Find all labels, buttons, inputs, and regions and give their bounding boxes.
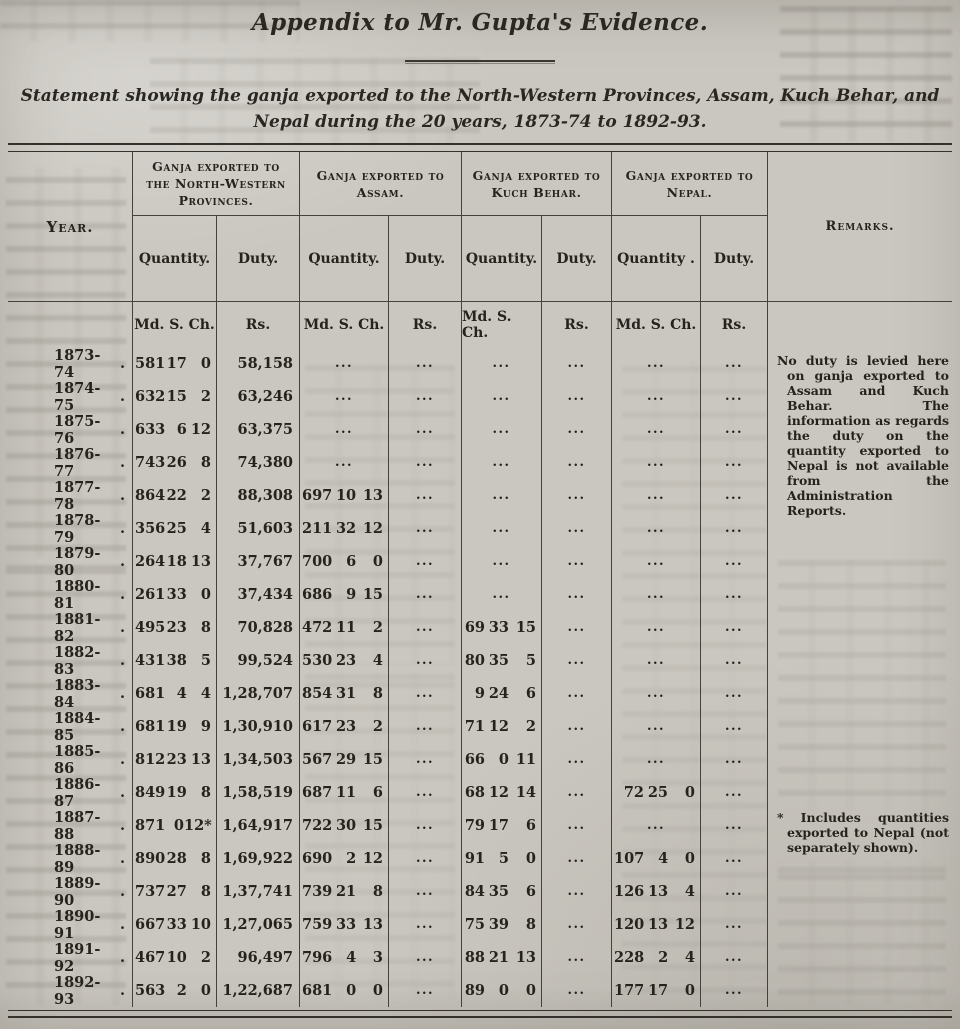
seers-value: 9: [332, 586, 356, 603]
seers-value: 38: [165, 652, 187, 669]
nwp-duty-cell: 1,64,917: [217, 809, 300, 842]
nepal-quantity-cell: 228 2 4: [612, 941, 701, 974]
nwp-quantity-units: Md. S. Ch.: [133, 302, 217, 347]
year-label: 1880-81: [54, 578, 120, 612]
assam-quantity-cell: ...: [300, 446, 389, 479]
nwp-quantity-cell: 743 26 8: [133, 446, 217, 479]
maunds-value: 356: [135, 520, 165, 537]
no-data-dots: ...: [542, 851, 611, 866]
chittacks-value: 15: [356, 586, 383, 603]
assam-quantity-cell: 567 29 15: [300, 743, 389, 776]
year-cell: 1891-92 .: [8, 941, 133, 974]
table-bottom-rule: [8, 1010, 952, 1018]
nepal-quantity-cell: ...: [612, 710, 701, 743]
seers-value: 12: [485, 784, 509, 801]
maunds-value: 84: [464, 883, 485, 900]
year-label: 1873-74: [54, 347, 120, 381]
assam-duty-cell: ...: [389, 974, 462, 1007]
no-data-dots: ...: [542, 818, 611, 833]
maunds-value: 228: [614, 949, 644, 966]
year-label: 1891-92: [54, 941, 120, 975]
kuch-behar-quantity-units: Md. S. Ch.: [462, 302, 542, 347]
kuch-behar-quantity-cell: 91 5 0: [462, 842, 542, 875]
nepal-quantity-cell: ...: [612, 677, 701, 710]
subtitle-line-2: Nepal during the 20 years, 1873-74 to 18…: [0, 109, 960, 135]
maunds-value: 687: [302, 784, 332, 801]
table-grid: Year. Ganja exported to the North-Wester…: [8, 152, 952, 1007]
no-data-dots: ...: [389, 719, 461, 734]
no-data-dots: ...: [389, 455, 461, 470]
seers-value: 33: [332, 916, 356, 933]
chittacks-value: 13: [509, 949, 536, 966]
seers-value: 21: [485, 949, 509, 966]
group-header-nepal: Ganja exported to Nepal.: [612, 152, 768, 216]
year-leader-dot: .: [120, 388, 125, 405]
maunds-value: 530: [302, 652, 332, 669]
maunds-value: 107: [614, 850, 644, 867]
kuch-behar-quantity-cell: 84 35 6: [462, 875, 542, 908]
kuch-behar-quantity-cell: ...: [462, 380, 542, 413]
maunds-value: 737: [135, 883, 165, 900]
remarks-column-header: Remarks.: [768, 152, 952, 302]
no-data-dots: ...: [612, 521, 700, 536]
duty-rupees-value: 37,767: [238, 553, 294, 570]
nwp-duty-cell: 1,58,519: [217, 776, 300, 809]
subtitle-line-1: Statement showing the ganja exported to …: [0, 83, 960, 109]
chittacks-value: 0: [668, 784, 695, 801]
kuch-behar-quantity-cell: 66 0 11: [462, 743, 542, 776]
chittacks-value: 5: [509, 652, 536, 669]
nepal-duty-cell: ...: [701, 578, 768, 611]
assam-quantity-cell: 472 11 2: [300, 611, 389, 644]
chittacks-value: 11: [509, 751, 536, 768]
chittacks-value: 2: [509, 718, 536, 735]
year-leader-dot: .: [120, 751, 125, 768]
chittacks-value: 6: [509, 685, 536, 702]
no-data-dots: ...: [542, 422, 611, 437]
maunds-value: 632: [135, 388, 165, 405]
no-data-dots: ...: [462, 521, 541, 536]
seers-value: 4: [332, 949, 356, 966]
no-data-dots: ...: [701, 488, 767, 503]
nepal-duty-cell: ...: [701, 941, 768, 974]
no-data-dots: ...: [701, 686, 767, 701]
no-data-dots: ...: [389, 983, 461, 998]
nepal-duty-header: Duty.: [701, 216, 768, 302]
assam-quantity-cell: 686 9 15: [300, 578, 389, 611]
nwp-quantity-cell: 633 6 12: [133, 413, 217, 446]
kuch-behar-duty-cell: ...: [542, 611, 612, 644]
seers-value: 17: [485, 817, 509, 834]
assam-quantity-cell: 759 33 13: [300, 908, 389, 941]
no-data-dots: ...: [612, 818, 700, 833]
kuch-behar-duty-cell: ...: [542, 446, 612, 479]
chittacks-value: 13: [356, 916, 383, 933]
assam-duty-cell: ...: [389, 380, 462, 413]
duty-rupees-value: 74,380: [238, 454, 294, 471]
seers-value: 2: [332, 850, 356, 867]
assam-quantity-cell: 617 23 2: [300, 710, 389, 743]
no-data-dots: ...: [701, 983, 767, 998]
seers-value: 19: [165, 718, 187, 735]
chittacks-value: 4: [668, 883, 695, 900]
kuch-behar-duty-cell: ...: [542, 710, 612, 743]
remarks-note-no-duty: No duty is levied here on ganja exported…: [777, 353, 949, 518]
nepal-quantity-cell: ...: [612, 446, 701, 479]
nwp-quantity-cell: 495 23 8: [133, 611, 217, 644]
seers-value: 35: [485, 883, 509, 900]
kuch-behar-quantity-header: Quantity.: [462, 216, 542, 302]
chittacks-value: 8: [187, 784, 211, 801]
nwp-duty-cell: 1,37,741: [217, 875, 300, 908]
assam-quantity-cell: 681 0 0: [300, 974, 389, 1007]
no-data-dots: ...: [701, 620, 767, 635]
no-data-dots: ...: [612, 686, 700, 701]
chittacks-value: 12*: [184, 817, 211, 834]
maunds-value: 91: [464, 850, 485, 867]
chittacks-value: 12: [668, 916, 695, 933]
no-data-dots: ...: [701, 389, 767, 404]
no-data-dots: ...: [542, 488, 611, 503]
year-label: 1875-76: [54, 413, 120, 447]
kuch-behar-duty-units: Rs.: [542, 302, 612, 347]
no-data-dots: ...: [542, 356, 611, 371]
assam-duty-cell: ...: [389, 710, 462, 743]
no-data-dots: ...: [462, 488, 541, 503]
nepal-duty-cell: ...: [701, 710, 768, 743]
no-data-dots: ...: [389, 884, 461, 899]
no-data-dots: ...: [542, 620, 611, 635]
year-units-spacer: [8, 302, 133, 347]
maunds-value: 700: [302, 553, 332, 570]
seers-value: 2: [644, 949, 668, 966]
chittacks-value: 0: [668, 982, 695, 999]
maunds-value: 79: [464, 817, 485, 834]
no-data-dots: ...: [300, 422, 388, 437]
nwp-quantity-cell: 581 17 0: [133, 347, 217, 380]
assam-quantity-cell: 690 2 12: [300, 842, 389, 875]
seers-value: 35: [485, 652, 509, 669]
seers-value: 12: [485, 718, 509, 735]
no-data-dots: ...: [542, 719, 611, 734]
seers-value: 23: [332, 652, 356, 669]
nwp-quantity-cell: 849 19 8: [133, 776, 217, 809]
chittacks-value: 0: [187, 982, 211, 999]
nwp-duty-cell: 70,828: [217, 611, 300, 644]
year-leader-dot: .: [120, 850, 125, 867]
chittacks-value: 0: [356, 553, 383, 570]
nwp-quantity-cell: 812 23 13: [133, 743, 217, 776]
year-label: 1884-85: [54, 710, 120, 744]
seers-value: 11: [332, 784, 356, 801]
seers-value: 2: [165, 982, 187, 999]
seers-value: 32: [332, 520, 356, 537]
no-data-dots: ...: [389, 653, 461, 668]
year-label: 1890-91: [54, 908, 120, 942]
kuch-behar-quantity-cell: 75 39 8: [462, 908, 542, 941]
year-label: 1882-83: [54, 644, 120, 678]
seers-value: 33: [165, 916, 187, 933]
kuch-behar-duty-cell: ...: [542, 908, 612, 941]
nepal-duty-cell: ...: [701, 413, 768, 446]
kuch-behar-quantity-cell: 69 33 15: [462, 611, 542, 644]
no-data-dots: ...: [389, 686, 461, 701]
maunds-value: 743: [135, 454, 165, 471]
assam-duty-cell: ...: [389, 743, 462, 776]
no-data-dots: ...: [701, 554, 767, 569]
maunds-value: 71: [464, 718, 485, 735]
maunds-value: 75: [464, 916, 485, 933]
chittacks-value: 13: [187, 751, 211, 768]
maunds-value: 563: [135, 982, 165, 999]
year-leader-dot: .: [120, 718, 125, 735]
chittacks-value: 10: [187, 916, 211, 933]
maunds-value: 739: [302, 883, 332, 900]
no-data-dots: ...: [701, 587, 767, 602]
assam-duty-cell: ...: [389, 908, 462, 941]
no-data-dots: ...: [389, 818, 461, 833]
no-data-dots: ...: [612, 455, 700, 470]
chittacks-value: 15: [356, 751, 383, 768]
assam-duty-cell: ...: [389, 842, 462, 875]
kuch-behar-duty-cell: ...: [542, 512, 612, 545]
group-header-north-western-provinces: Ganja exported to the North-Western Prov…: [133, 152, 300, 216]
maunds-value: 812: [135, 751, 165, 768]
nwp-quantity-cell: 264 18 13: [133, 545, 217, 578]
kuch-behar-duty-cell: ...: [542, 479, 612, 512]
nepal-quantity-cell: ...: [612, 743, 701, 776]
maunds-value: 72: [614, 784, 644, 801]
nepal-quantity-cell: ...: [612, 512, 701, 545]
nepal-quantity-cell: ...: [612, 545, 701, 578]
maunds-value: 667: [135, 916, 165, 933]
seers-value: 17: [644, 982, 668, 999]
nwp-quantity-cell: 681 4 4: [133, 677, 217, 710]
no-data-dots: ...: [542, 587, 611, 602]
no-data-dots: ...: [612, 389, 700, 404]
no-data-dots: ...: [701, 785, 767, 800]
kuch-behar-duty-cell: ...: [542, 380, 612, 413]
assam-quantity-header: Quantity.: [300, 216, 389, 302]
year-cell: 1890-91 .: [8, 908, 133, 941]
no-data-dots: ...: [701, 884, 767, 899]
kuch-behar-duty-cell: ...: [542, 875, 612, 908]
nepal-duty-cell: ...: [701, 842, 768, 875]
nepal-duty-cell: ...: [701, 974, 768, 1007]
kuch-behar-duty-cell: ...: [542, 677, 612, 710]
nepal-quantity-header: Quantity .: [612, 216, 701, 302]
duty-rupees-value: 51,603: [238, 520, 294, 537]
seers-value: 10: [332, 487, 356, 504]
nepal-quantity-cell: 120 13 12: [612, 908, 701, 941]
no-data-dots: ...: [542, 686, 611, 701]
year-leader-dot: .: [120, 553, 125, 570]
seers-value: 31: [332, 685, 356, 702]
kuch-behar-duty-cell: ...: [542, 743, 612, 776]
maunds-value: 261: [135, 586, 165, 603]
no-data-dots: ...: [701, 818, 767, 833]
year-leader-dot: .: [120, 586, 125, 603]
seers-value: 39: [485, 916, 509, 933]
chittacks-value: 4: [668, 949, 695, 966]
duty-rupees-value: 96,497: [238, 949, 294, 966]
assam-quantity-units: Md. S. Ch.: [300, 302, 389, 347]
nwp-duty-cell: 37,434: [217, 578, 300, 611]
duty-rupees-value: 1,30,910: [222, 718, 293, 735]
maunds-value: 633: [135, 421, 165, 438]
assam-duty-cell: ...: [389, 677, 462, 710]
maunds-value: 211: [302, 520, 332, 537]
seers-value: 27: [165, 883, 187, 900]
maunds-value: 9: [464, 685, 485, 702]
no-data-dots: ...: [389, 851, 461, 866]
chittacks-value: 0: [187, 586, 211, 603]
duty-rupees-value: 63,375: [238, 421, 294, 438]
chittacks-value: 13: [187, 553, 211, 570]
maunds-value: 681: [302, 982, 332, 999]
chittacks-value: 0: [668, 850, 695, 867]
no-data-dots: ...: [542, 455, 611, 470]
no-data-dots: ...: [701, 422, 767, 437]
chittacks-value: 3: [356, 949, 383, 966]
kuch-behar-duty-cell: ...: [542, 644, 612, 677]
title-divider: [405, 60, 555, 64]
maunds-value: 617: [302, 718, 332, 735]
no-data-dots: ...: [612, 422, 700, 437]
chittacks-value: 13: [356, 487, 383, 504]
nwp-quantity-cell: 890 28 8: [133, 842, 217, 875]
duty-rupees-value: 1,58,519: [222, 784, 293, 801]
kuch-behar-duty-cell: ...: [542, 842, 612, 875]
no-data-dots: ...: [701, 653, 767, 668]
year-cell: 1878-79 .: [8, 512, 133, 545]
chittacks-value: 2: [187, 949, 211, 966]
kuch-behar-quantity-cell: ...: [462, 578, 542, 611]
nwp-duty-cell: 37,767: [217, 545, 300, 578]
no-data-dots: ...: [612, 587, 700, 602]
no-data-dots: ...: [462, 587, 541, 602]
no-data-dots: ...: [462, 356, 541, 371]
maunds-value: 681: [135, 718, 165, 735]
no-data-dots: ...: [542, 554, 611, 569]
seers-value: 10: [165, 949, 187, 966]
nwp-quantity-cell: 356 25 4: [133, 512, 217, 545]
nwp-quantity-header: Quantity.: [133, 216, 217, 302]
maunds-value: 126: [614, 883, 644, 900]
no-data-dots: ...: [612, 719, 700, 734]
maunds-value: 120: [614, 916, 644, 933]
no-data-dots: ...: [701, 719, 767, 734]
nwp-duty-cell: 96,497: [217, 941, 300, 974]
kuch-behar-duty-cell: ...: [542, 545, 612, 578]
maunds-value: 177: [614, 982, 644, 999]
kuch-behar-quantity-cell: 89 0 0: [462, 974, 542, 1007]
assam-duty-cell: ...: [389, 545, 462, 578]
no-data-dots: ...: [612, 653, 700, 668]
assam-duty-cell: ...: [389, 644, 462, 677]
chittacks-value: 2: [356, 619, 383, 636]
assam-quantity-cell: 722 30 15: [300, 809, 389, 842]
year-cell: 1888-89 .: [8, 842, 133, 875]
no-data-dots: ...: [701, 455, 767, 470]
nepal-duty-cell: ...: [701, 545, 768, 578]
assam-duty-cell: ...: [389, 875, 462, 908]
page-title: Appendix to Mr. Gupta's Evidence.: [0, 9, 960, 36]
table-top-rule: [8, 143, 952, 152]
no-data-dots: ...: [542, 653, 611, 668]
chittacks-value: 14: [509, 784, 536, 801]
chittacks-value: 12: [187, 421, 211, 438]
year-leader-dot: .: [120, 784, 125, 801]
year-label: 1876-77: [54, 446, 120, 480]
seers-value: 33: [485, 619, 509, 636]
no-data-dots: ...: [542, 521, 611, 536]
no-data-dots: ...: [542, 983, 611, 998]
no-data-dots: ...: [462, 554, 541, 569]
nepal-quantity-units: Md. S. Ch.: [612, 302, 701, 347]
kuch-behar-quantity-cell: ...: [462, 413, 542, 446]
chittacks-value: 8: [356, 883, 383, 900]
nwp-duty-cell: 63,246: [217, 380, 300, 413]
kuch-behar-quantity-cell: 68 12 14: [462, 776, 542, 809]
maunds-value: 68: [464, 784, 485, 801]
no-data-dots: ...: [612, 488, 700, 503]
duty-rupees-value: 1,69,922: [222, 850, 293, 867]
assam-duty-cell: ...: [389, 413, 462, 446]
scanned-document-page: Appendix to Mr. Gupta's Evidence. Statem…: [0, 0, 960, 1029]
seers-value: 0: [165, 817, 184, 834]
nepal-duty-cell: ...: [701, 380, 768, 413]
no-data-dots: ...: [612, 620, 700, 635]
chittacks-value: 4: [187, 520, 211, 537]
maunds-value: 864: [135, 487, 165, 504]
no-data-dots: ...: [701, 851, 767, 866]
seers-value: 23: [165, 751, 187, 768]
nwp-duty-cell: 99,524: [217, 644, 300, 677]
duty-rupees-value: 58,158: [238, 355, 294, 372]
seers-value: 23: [165, 619, 187, 636]
kuch-behar-duty-cell: ...: [542, 578, 612, 611]
maunds-value: 871: [135, 817, 165, 834]
assam-quantity-cell: 796 4 3: [300, 941, 389, 974]
seers-value: 23: [332, 718, 356, 735]
seers-value: 6: [165, 421, 187, 438]
assam-quantity-cell: 697 10 13: [300, 479, 389, 512]
seers-value: 15: [165, 388, 187, 405]
chittacks-value: 6: [509, 817, 536, 834]
nwp-duty-header: Duty.: [217, 216, 300, 302]
year-leader-dot: .: [120, 652, 125, 669]
assam-duty-cell: ...: [389, 809, 462, 842]
nwp-quantity-cell: 737 27 8: [133, 875, 217, 908]
nwp-quantity-cell: 431 38 5: [133, 644, 217, 677]
nepal-duty-cell: ...: [701, 908, 768, 941]
maunds-value: 567: [302, 751, 332, 768]
year-leader-dot: .: [120, 520, 125, 537]
duty-rupees-value: 1,28,707: [222, 685, 293, 702]
kuch-behar-quantity-cell: 88 21 13: [462, 941, 542, 974]
assam-quantity-cell: 687 11 6: [300, 776, 389, 809]
maunds-value: 80: [464, 652, 485, 669]
kuch-behar-quantity-cell: ...: [462, 479, 542, 512]
year-label: 1877-78: [54, 479, 120, 513]
maunds-value: 686: [302, 586, 332, 603]
assam-duty-cell: ...: [389, 479, 462, 512]
nepal-duty-cell: ...: [701, 809, 768, 842]
no-data-dots: ...: [300, 455, 388, 470]
assam-duty-cell: ...: [389, 347, 462, 380]
year-label: 1886-87: [54, 776, 120, 810]
